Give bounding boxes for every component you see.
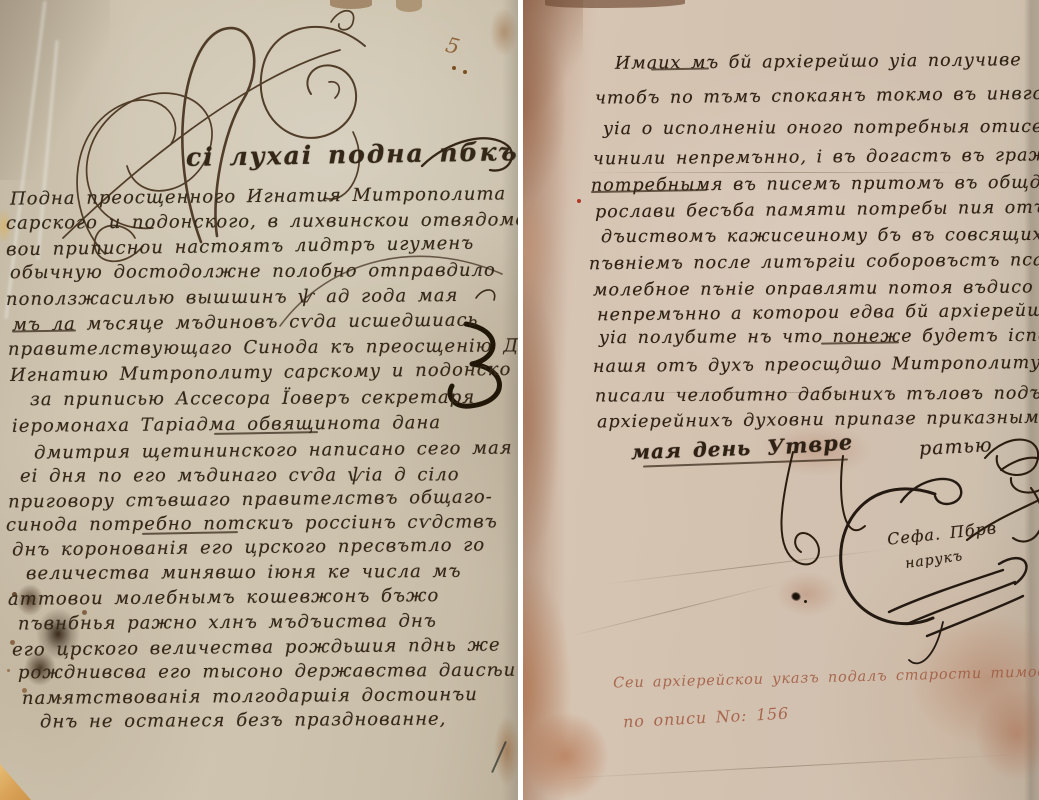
manuscript-line: еі дня по его мъдинаго сѵда ѱіа д сіло: [20, 464, 460, 487]
manuscript-line: молебное пъніе оправляти потоя въдисо: [593, 277, 1034, 300]
corner-tear-underlay: [0, 750, 50, 800]
bottomleft-mottle: [523, 712, 609, 800]
torn-corner-top: [523, 0, 583, 120]
edge-stain: [494, 716, 518, 786]
ink-blot-satellite: [804, 600, 807, 603]
manuscript-line: писали челобитно дабынихъ тъловъ подъ: [595, 383, 1039, 406]
date-line-month: мая день: [631, 436, 752, 464]
manuscript-scan: 5 сі лухаі подна пбкъ Подна преосщенного…: [0, 0, 1039, 800]
manuscript-line: непремънно а которои едва бй архіерейшо: [597, 301, 1039, 326]
page-number-dots: [452, 66, 456, 70]
manuscript-line: памятствованія толгодаршія достоинъи: [22, 684, 478, 709]
left-page: 5 сі лухаі подна пбкъ Подна преосщенного…: [0, 0, 518, 800]
red-dot: [577, 199, 581, 203]
manuscript-line: аттовои молебнымъ кошевжонъ бъжо: [8, 585, 439, 610]
archive-note-number: по описи No: 156: [623, 704, 790, 732]
manuscript-line: потребнымя въ писемъ притомъ въ общдняни…: [591, 172, 1039, 196]
crease: [553, 754, 1022, 780]
manuscript-line: приговору стъвшаго правителствъ общаго-: [8, 486, 493, 512]
manuscript-line: пъвніемъ после литъргіи соборовъстъ псал…: [589, 250, 1039, 274]
manuscript-line: за приписью Ассесора Їоверъ секретаря: [30, 387, 475, 410]
manuscript-line: уіа о исполненіи оного потребныя отисед: [603, 117, 1039, 139]
manuscript-line: нашя отъ духъ преосщдшо Митрополиту: [593, 353, 1039, 377]
manuscript-line: пъвнбнья ражно хлнъ мъдъиства днъ: [18, 611, 437, 635]
edge-tear: [396, 0, 422, 12]
crease: [566, 583, 780, 637]
manuscript-line: днъ коронованія его црского пресвътло го: [12, 535, 485, 561]
manuscript-line: рослави бесъба памяти потребы пия отъ: [595, 198, 1039, 223]
page-number: 5: [443, 33, 462, 60]
manuscript-line: Имаих мъ бй архіерейшо уіа получиве: [615, 50, 1022, 74]
top-edge-tear: [545, 0, 685, 8]
manuscript-line: Подна преосщенного Игнатия Митрополита: [10, 183, 506, 209]
right-page: Имаих мъ бй архіерейшо уіа получиве чтоб…: [523, 0, 1039, 800]
manuscript-line: днъ не останеся безъ празднованне,: [40, 709, 447, 733]
manuscript-line: его црского величества рождьшия пднь же: [12, 634, 501, 660]
edge-stain: [490, 8, 518, 56]
manuscript-line: обычную достодолжне полобно отправдило: [10, 260, 496, 284]
manuscript-line: синода потребно потскиъ россіинъ сѵдствъ: [6, 511, 498, 535]
manuscript-line: рожднивсва его тысоно державства даисѣи: [18, 660, 516, 684]
manuscript-line: поползжасилью вышшинъ ѱ ад года мая: [6, 285, 459, 310]
heading-line: сі лухаі подна пбкъ: [186, 137, 518, 172]
manuscript-line: сарского и подонского, в лихвинскои отвя…: [6, 209, 518, 234]
manuscript-line: чинили непремънно, і въ догастъ въ гражд…: [593, 145, 1039, 170]
manuscript-line: чтобъ по тъмъ спокаянъ токмо въ инвго сѵ…: [595, 83, 1039, 108]
manuscript-line: дмитрия щетининского написано сего мая: [34, 437, 513, 463]
manuscript-line: дъиствомъ кажисеиному бъ въ совсящихъ: [601, 225, 1039, 247]
torn-left-edge: [523, 0, 575, 800]
manuscript-line: уіа полубите нъ что понеже будетъ іспо: [599, 326, 1039, 348]
manuscript-line: правителствующаго Синода къ преосщенію Д…: [8, 335, 518, 360]
manuscript-line: величества минявшо іюня ке числа мъ: [26, 561, 462, 584]
